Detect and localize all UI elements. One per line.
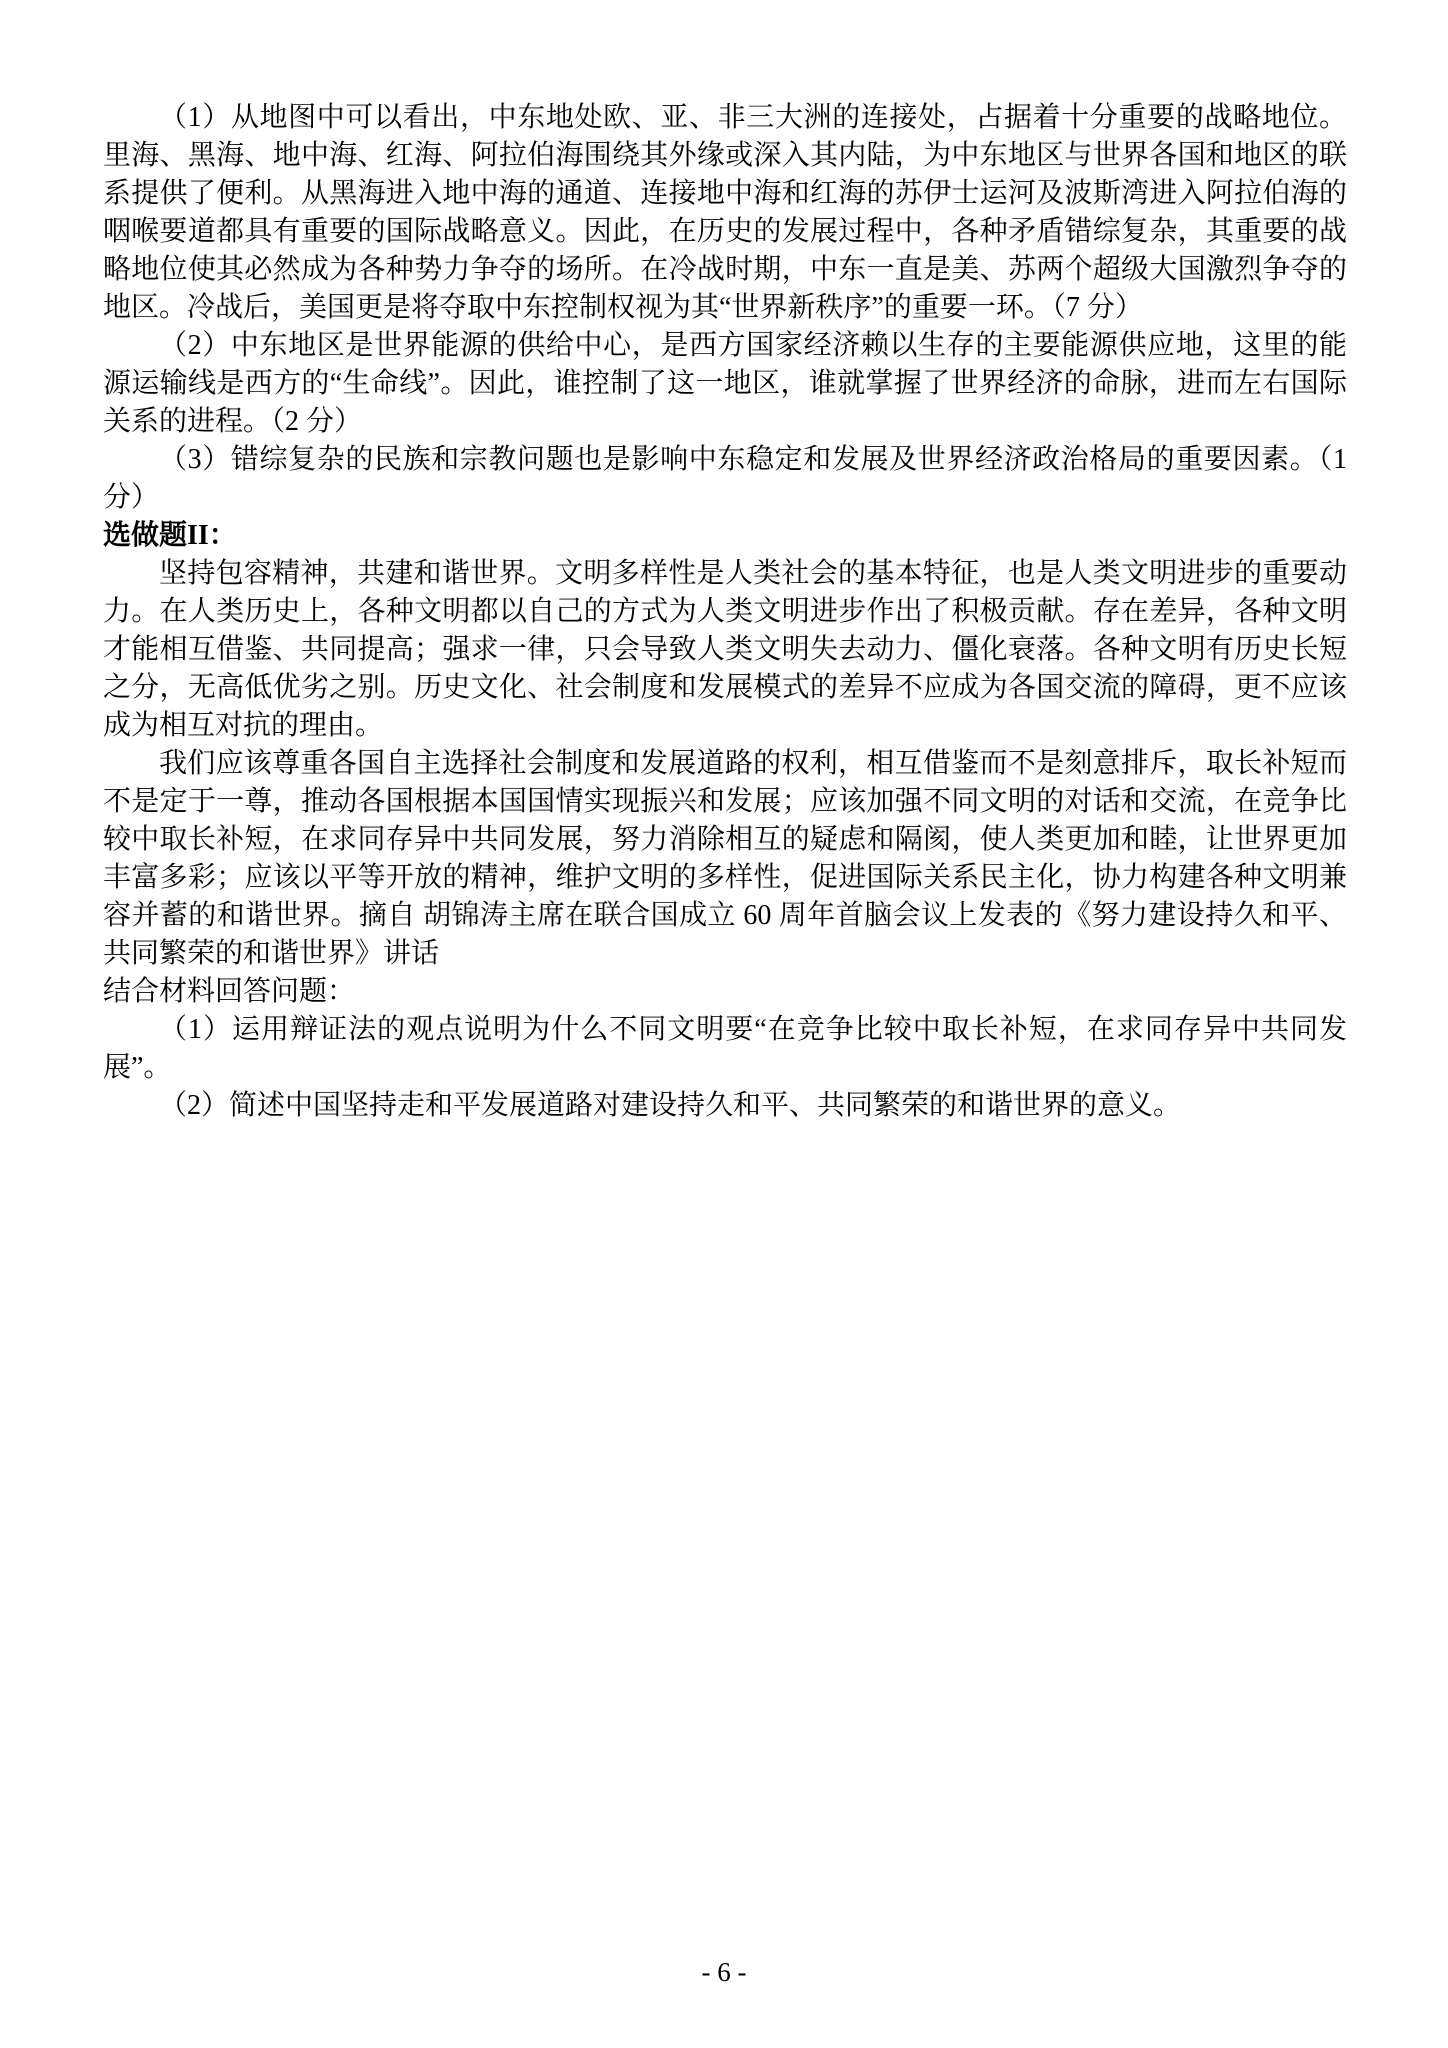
page-number: - 6 -: [0, 1955, 1448, 1989]
section-heading: 选做题II：: [103, 517, 1347, 555]
document-page: （1）从地图中可以看出，中东地处欧、亚、非三大洲的连接处，占据着十分重要的战略地…: [0, 0, 1448, 2048]
material-paragraph-1: 坚持包容精神，共建和谐世界。文明多样性是人类社会的基本特征，也是人类文明进步的重…: [103, 555, 1347, 745]
question-1: （1）运用辩证法的观点说明为什么不同文明要“在竞争比较中取长补短，在求同存异中共…: [103, 1011, 1347, 1087]
document-body: （1）从地图中可以看出，中东地处欧、亚、非三大洲的连接处，占据着十分重要的战略地…: [103, 99, 1347, 1125]
question-2: （2）简述中国坚持走和平发展道路对建设持久和平、共同繁荣的和谐世界的意义。: [103, 1087, 1347, 1125]
prompt-line: 结合材料回答问题：: [103, 973, 1347, 1011]
material-paragraph-2: 我们应该尊重各国自主选择社会制度和发展道路的权利，相互借鉴而不是刻意排斥，取长补…: [103, 745, 1347, 973]
answer-paragraph-1: （1）从地图中可以看出，中东地处欧、亚、非三大洲的连接处，占据着十分重要的战略地…: [103, 99, 1347, 327]
answer-paragraph-3: （3）错综复杂的民族和宗教问题也是影响中东稳定和发展及世界经济政治格局的重要因素…: [103, 441, 1347, 517]
answer-paragraph-2: （2）中东地区是世界能源的供给中心，是西方国家经济赖以生存的主要能源供应地，这里…: [103, 327, 1347, 441]
